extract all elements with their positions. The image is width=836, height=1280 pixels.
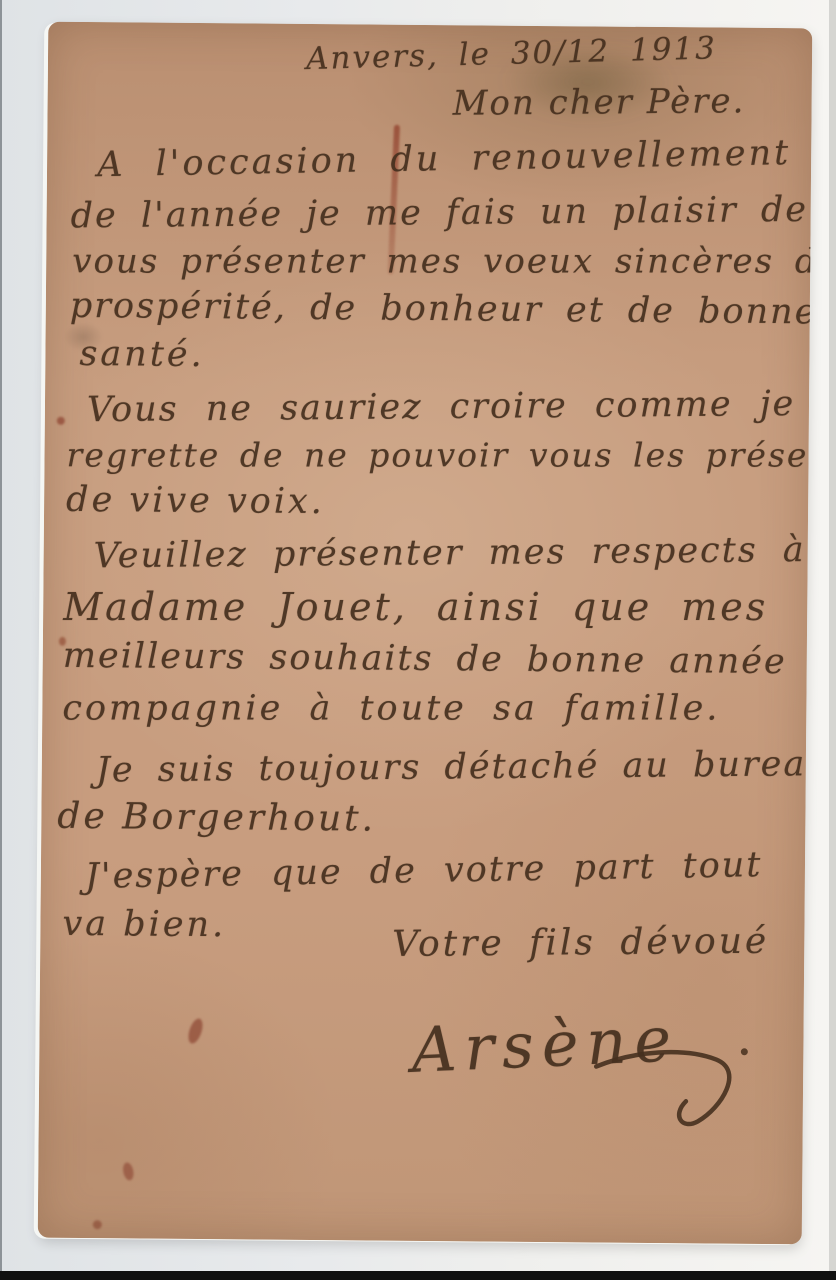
foxing-spot [122, 1162, 135, 1182]
handwritten-line: Veuillez présenter mes respects à [94, 530, 806, 576]
foxing-spot [57, 417, 65, 425]
handwritten-line: A l'occasion du renouvellement [97, 133, 792, 185]
handwritten-line: vous présenter mes voeux sincères de [72, 241, 812, 281]
scan-edge-right [829, 0, 836, 1280]
handwritten-line: de vive voix. [66, 480, 325, 522]
closing: Votre fils dévoué [392, 921, 769, 965]
handwritten-line: santé. [79, 334, 205, 375]
handwritten-line: J'espère que de votre part tout [85, 845, 763, 897]
scan-bottom-strip [0, 1271, 836, 1280]
handwritten-line: Madame Jouet, ainsi que mes [63, 585, 768, 629]
handwritten-line: Je suis toujours détaché au bureau [96, 744, 813, 790]
handwritten-line: Vous ne sauriez croire comme je [87, 384, 796, 430]
scan-edge-left [0, 0, 2, 1280]
dateline: Anvers, le 30/12 1913 [306, 30, 718, 77]
handwritten-line: va bien. [62, 904, 226, 945]
handwritten-line: de Borgerhout. [57, 796, 376, 840]
foxing-spot [186, 1017, 206, 1045]
handwritten-line: meilleurs souhaits de bonne année [63, 636, 787, 682]
foxing-spot [93, 1220, 102, 1229]
signature-flourish [594, 1028, 765, 1149]
salutation: Mon cher Père. [452, 81, 745, 124]
postcard: Anvers, le 30/12 1913 Mon cher Père. A l… [38, 22, 813, 1245]
handwritten-line: compagnie à toute sa famille. [62, 689, 720, 729]
handwritten-line: regrette de ne pouvoir vous les présente… [67, 435, 813, 474]
handwritten-line: prospérité, de bonheur et de bonne [70, 286, 813, 333]
handwritten-line: de l'année je me fais un plaisir de [71, 190, 809, 236]
